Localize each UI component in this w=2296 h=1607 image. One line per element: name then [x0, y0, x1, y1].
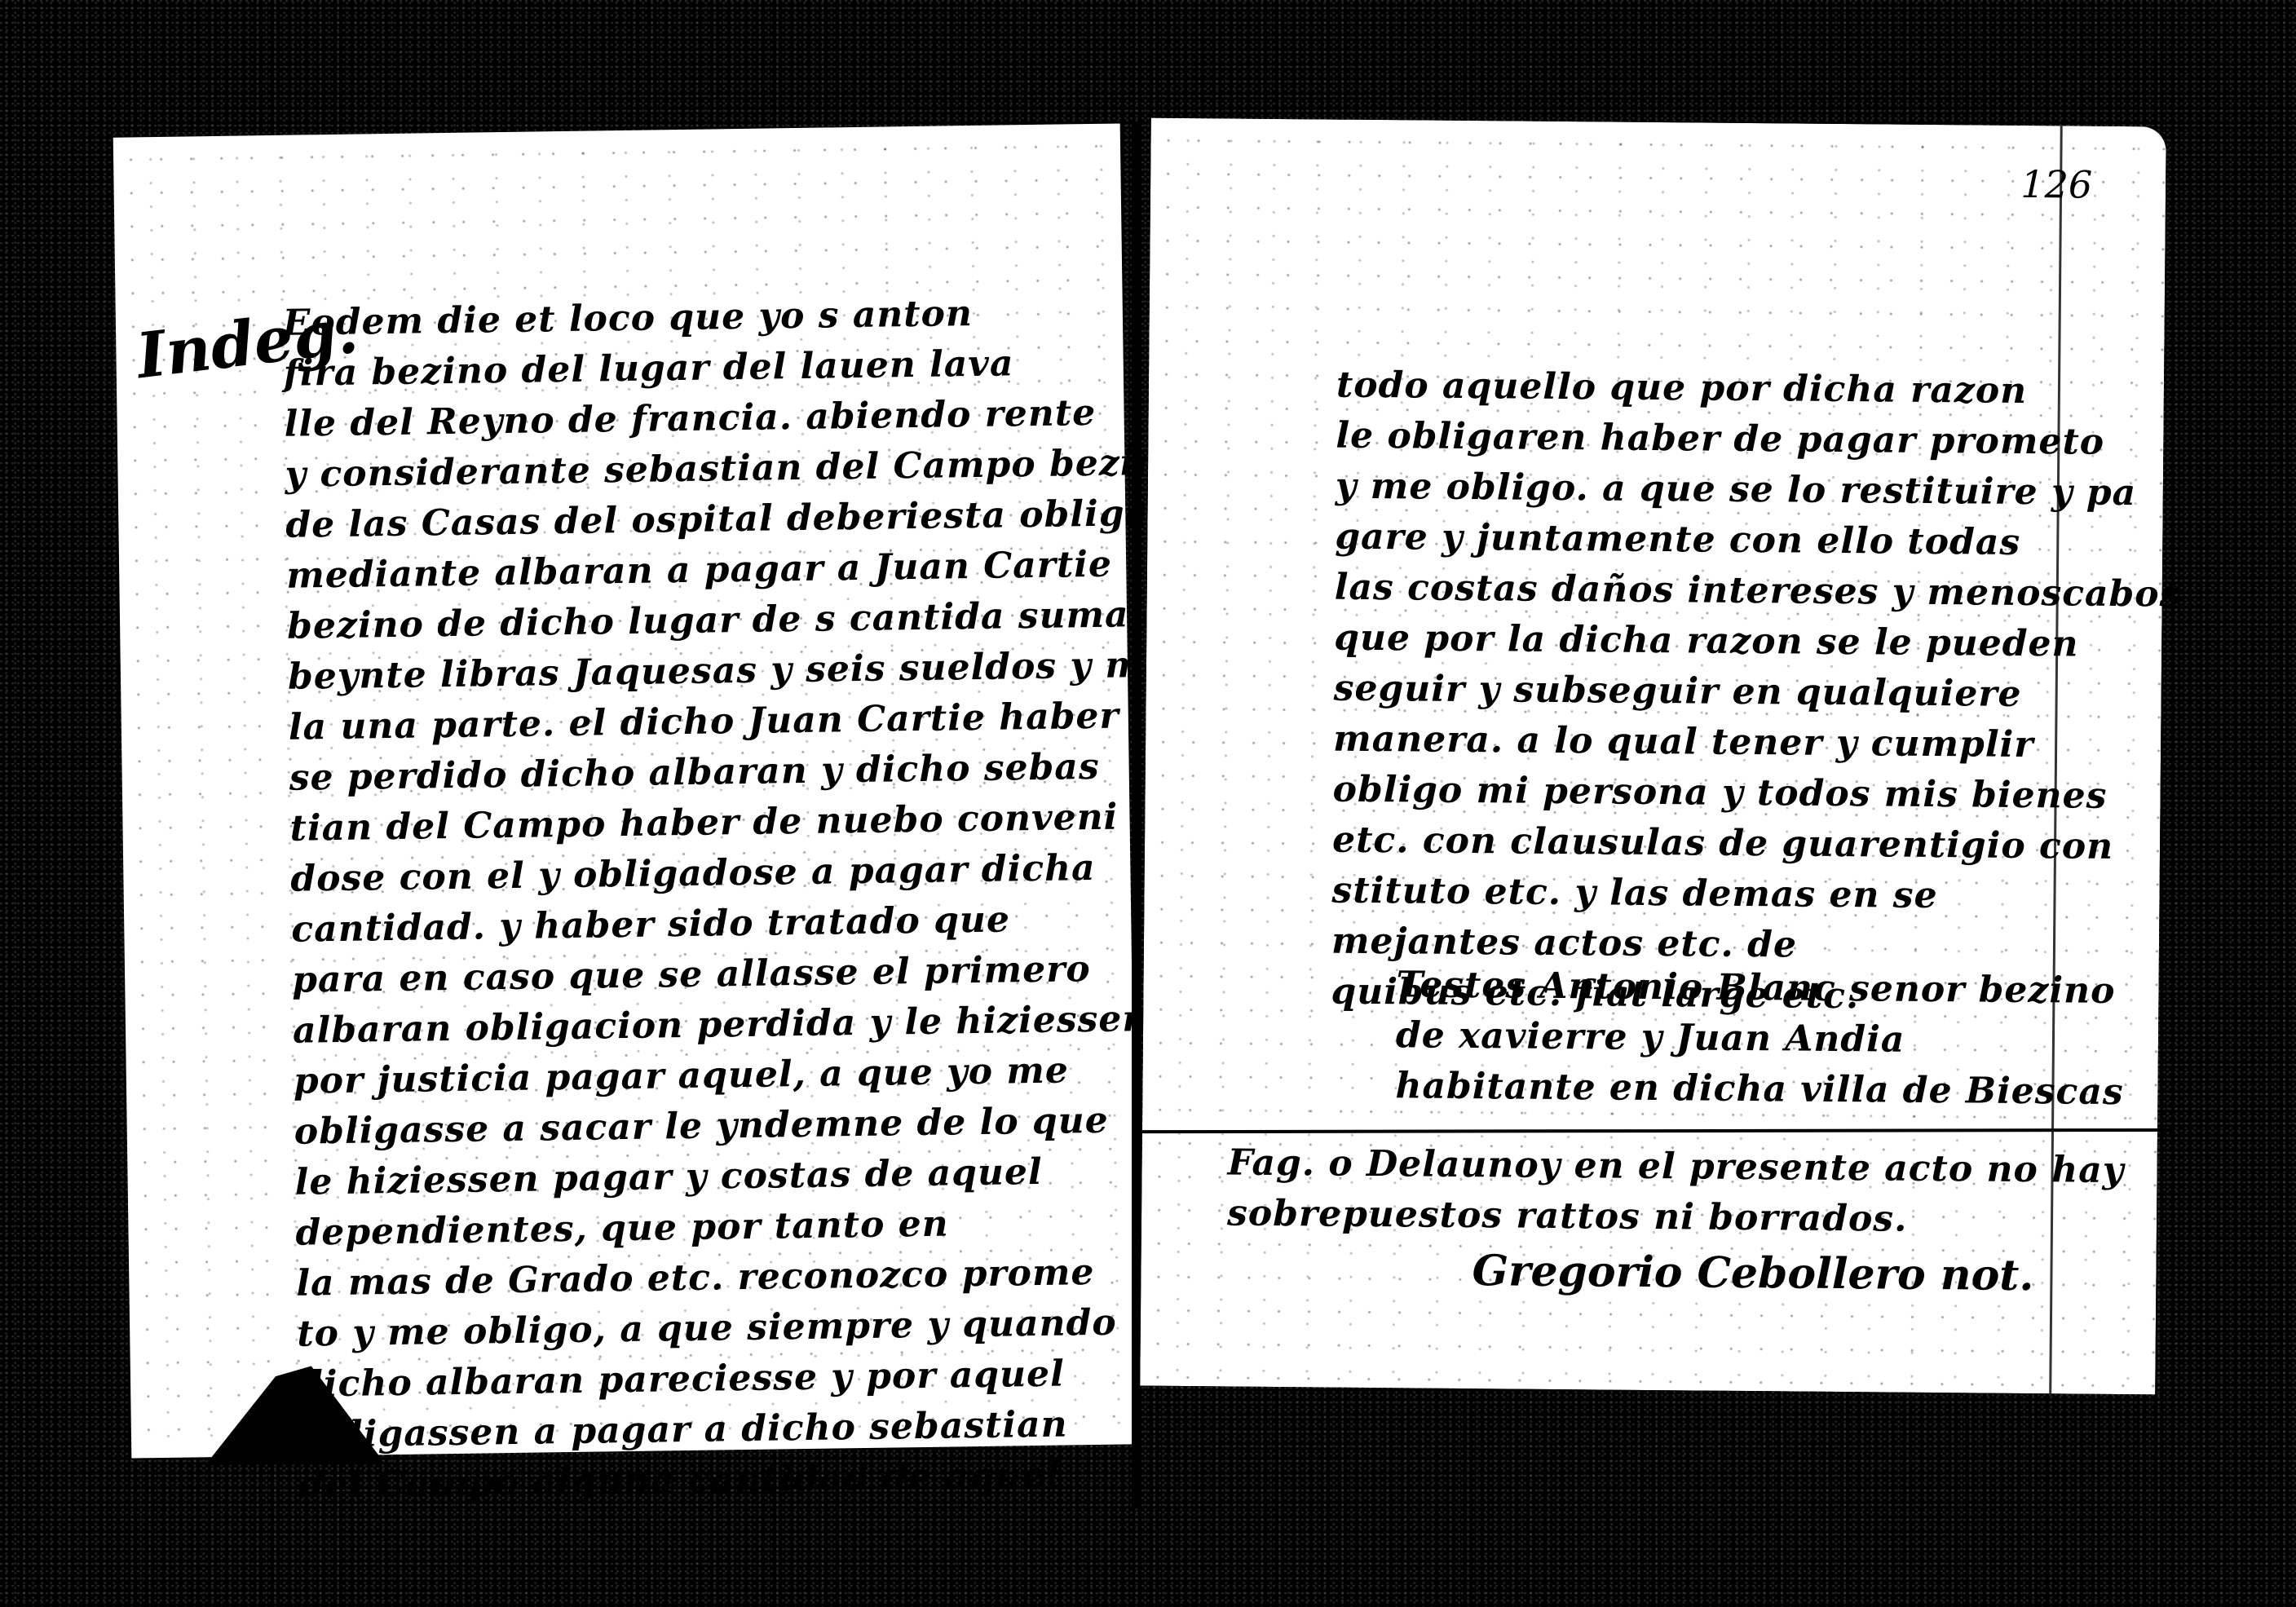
postscript-text: Fag. o Delaunoy en el presente acto no h… [1227, 1137, 2125, 1247]
horizontal-rule [1142, 1128, 2174, 1133]
right-folio: 126 todo aquello que por dicha razon le … [1140, 118, 2166, 1395]
witness-text: Testes Antonio Blanc senor bezino de xav… [1395, 960, 2125, 1118]
notary-signature: Gregorio Cebollero not. [1472, 1246, 2033, 1300]
right-page-text: todo aquello que por dicha razon le obli… [1331, 360, 2183, 1025]
folio-number: 126 [2020, 162, 2092, 207]
left-folio: Indeg. Eodem die et loco que yo s anton … [113, 123, 1138, 1458]
